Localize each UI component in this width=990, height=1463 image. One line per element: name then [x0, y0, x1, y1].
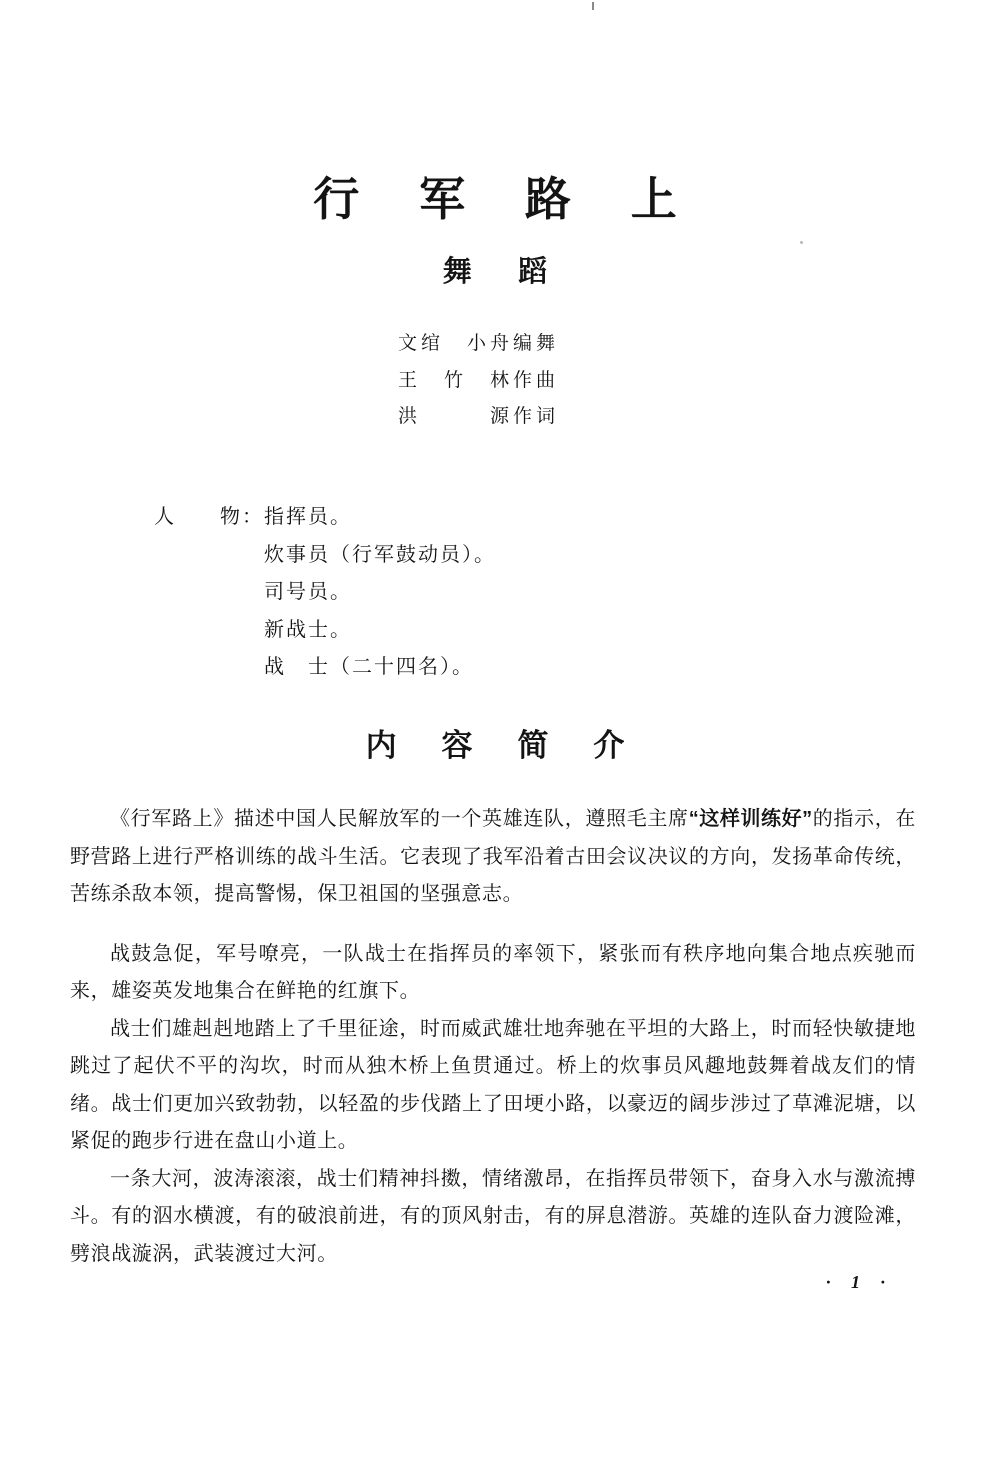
cast-item: 新战士。 — [264, 612, 496, 650]
scan-artifact — [592, 2, 594, 10]
credit-role: 编舞 — [513, 333, 559, 354]
credit-line-choreography: 文绾 小舟编舞 — [398, 326, 559, 363]
cast-items: 指挥员。 炊事员（行军鼓动员）。 司号员。 新战士。 战 士（二十四名）。 — [264, 499, 496, 687]
page-number: · 1 · — [826, 1272, 893, 1293]
credit-names: 洪 源 — [398, 406, 513, 427]
credits-block: 文绾 小舟编舞 王 竹 林作曲 洪 源作词 — [398, 326, 559, 436]
cast-item: 炊事员（行军鼓动员）。 — [264, 537, 496, 575]
credit-role: 作曲 — [513, 370, 559, 391]
synopsis-paragraph: 一条大河，波涛滚滚，战士们精神抖擞，情绪激昂，在指挥员带领下，奋身入水与激流搏斗… — [70, 1161, 916, 1274]
cast-label: 人 物： — [154, 499, 264, 537]
synopsis-text: 《行军路上》描述中国人民解放军的一个英雄连队，遵照毛主席 — [110, 808, 689, 830]
credit-line-composer: 王 竹 林作曲 — [398, 363, 559, 400]
synopsis-paragraph: 战士们雄赳赳地踏上了千里征途，时而威武雄壮地奔驰在平坦的大路上，时而轻快敏捷地跳… — [70, 1011, 916, 1161]
scanned-document-page: 行军路上 舞蹈 文绾 小舟编舞 王 竹 林作曲 洪 源作词 人 物： 指挥员。 … — [0, 0, 990, 1463]
credit-role: 作词 — [513, 406, 559, 427]
credit-names: 文绾 小舟 — [398, 333, 513, 354]
section-heading: 内容简介 — [0, 720, 990, 765]
synopsis-paragraph: 《行军路上》描述中国人民解放军的一个英雄连队，遵照毛主席“这样训练好”的指示，在… — [70, 801, 916, 914]
page-subtitle: 舞蹈 — [0, 249, 990, 290]
credit-line-lyricist: 洪 源作词 — [398, 399, 559, 436]
cast-item: 司号员。 — [264, 574, 496, 612]
scan-artifact — [800, 241, 803, 244]
cast-item: 指挥员。 — [264, 499, 496, 537]
page-title: 行军路上 — [0, 163, 990, 229]
cast-item: 战 士（二十四名）。 — [264, 649, 496, 687]
cast-block: 人 物： 指挥员。 炊事员（行军鼓动员）。 司号员。 新战士。 战 士（二十四名… — [154, 499, 496, 687]
synopsis-block: 《行军路上》描述中国人民解放军的一个英雄连队，遵照毛主席“这样训练好”的指示，在… — [70, 801, 916, 1273]
emphasized-quote: “这样训练好” — [689, 808, 813, 830]
synopsis-paragraph: 战鼓急促，军号嘹亮，一队战士在指挥员的率领下，紧张而有秩序地向集合地点疾驰而来，… — [70, 936, 916, 1011]
credit-names: 王 竹 林 — [398, 370, 513, 391]
